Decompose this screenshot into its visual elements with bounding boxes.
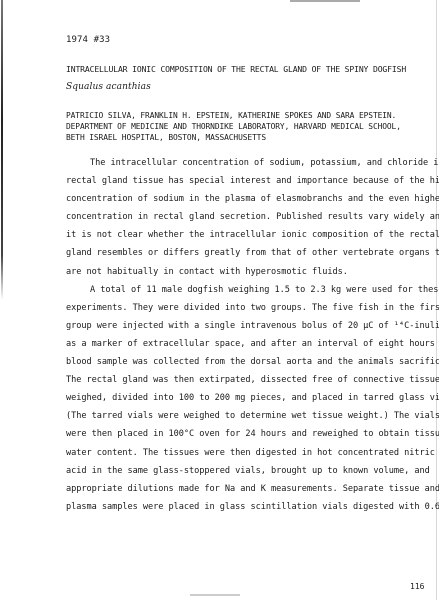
text-line: group were injected with a single intrav…	[66, 317, 424, 335]
text-line: A total of 11 male dogfish weighing 1.5 …	[66, 281, 424, 299]
text-line: blood sample was collected from the dors…	[66, 353, 424, 371]
text-line: acid in the same glass-stoppered vials, …	[66, 462, 424, 480]
text-line: it is not clear whether the intracellula…	[66, 226, 424, 244]
text-line: The rectal gland was then extirpated, di…	[66, 371, 424, 389]
text-line: (The tarred vials were weighed to determ…	[66, 407, 424, 425]
authors-line: PATRICIO SILVA, FRANKLIN H. EPSTEIN, KAT…	[66, 110, 401, 121]
text-line: rectal gland tissue has special interest…	[66, 172, 424, 190]
text-line: were then placed in 100°C oven for 24 ho…	[66, 425, 424, 443]
issue-number: 1974 #33	[66, 35, 110, 45]
text-line: plasma samples were placed in glass scin…	[66, 498, 424, 516]
text-line: as a marker of extracellular space, and …	[66, 335, 424, 353]
document-title: INTRACELLULAR IONIC COMPOSITION OF THE R…	[66, 64, 406, 74]
text-line: water content. The tissues were then dig…	[66, 444, 424, 462]
text-line: are not habitually in contact with hyper…	[66, 263, 424, 281]
species-name: Squalus acanthias	[66, 82, 151, 92]
text-line: The intracellular concentration of sodiu…	[66, 154, 424, 172]
scan-artifact-top	[290, 0, 360, 2]
body-text: The intracellular concentration of sodiu…	[66, 154, 424, 516]
text-line: gland resembles or differs greatly from …	[66, 244, 424, 262]
affiliation-line: BETH ISRAEL HOSPITAL, BOSTON, MASSACHUSE…	[66, 132, 401, 143]
scan-artifact-bottom	[190, 594, 240, 596]
page-number: 116	[410, 582, 424, 591]
affiliation-line: DEPARTMENT OF MEDICINE AND THORNDIKE LAB…	[66, 121, 401, 132]
text-line: experiments. They were divided into two …	[66, 299, 424, 317]
text-line: concentration in rectal gland secretion.…	[66, 208, 424, 226]
text-line: weighed, divided into 100 to 200 mg piec…	[66, 389, 424, 407]
text-line: appropriate dilutions made for Na and K …	[66, 480, 424, 498]
scan-edge-left	[1, 0, 3, 300]
text-line: concentration of sodium in the plasma of…	[66, 190, 424, 208]
authors-affiliation: PATRICIO SILVA, FRANKLIN H. EPSTEIN, KAT…	[66, 110, 401, 143]
document-page: 1974 #33 INTRACELLULAR IONIC COMPOSITION…	[0, 0, 439, 600]
